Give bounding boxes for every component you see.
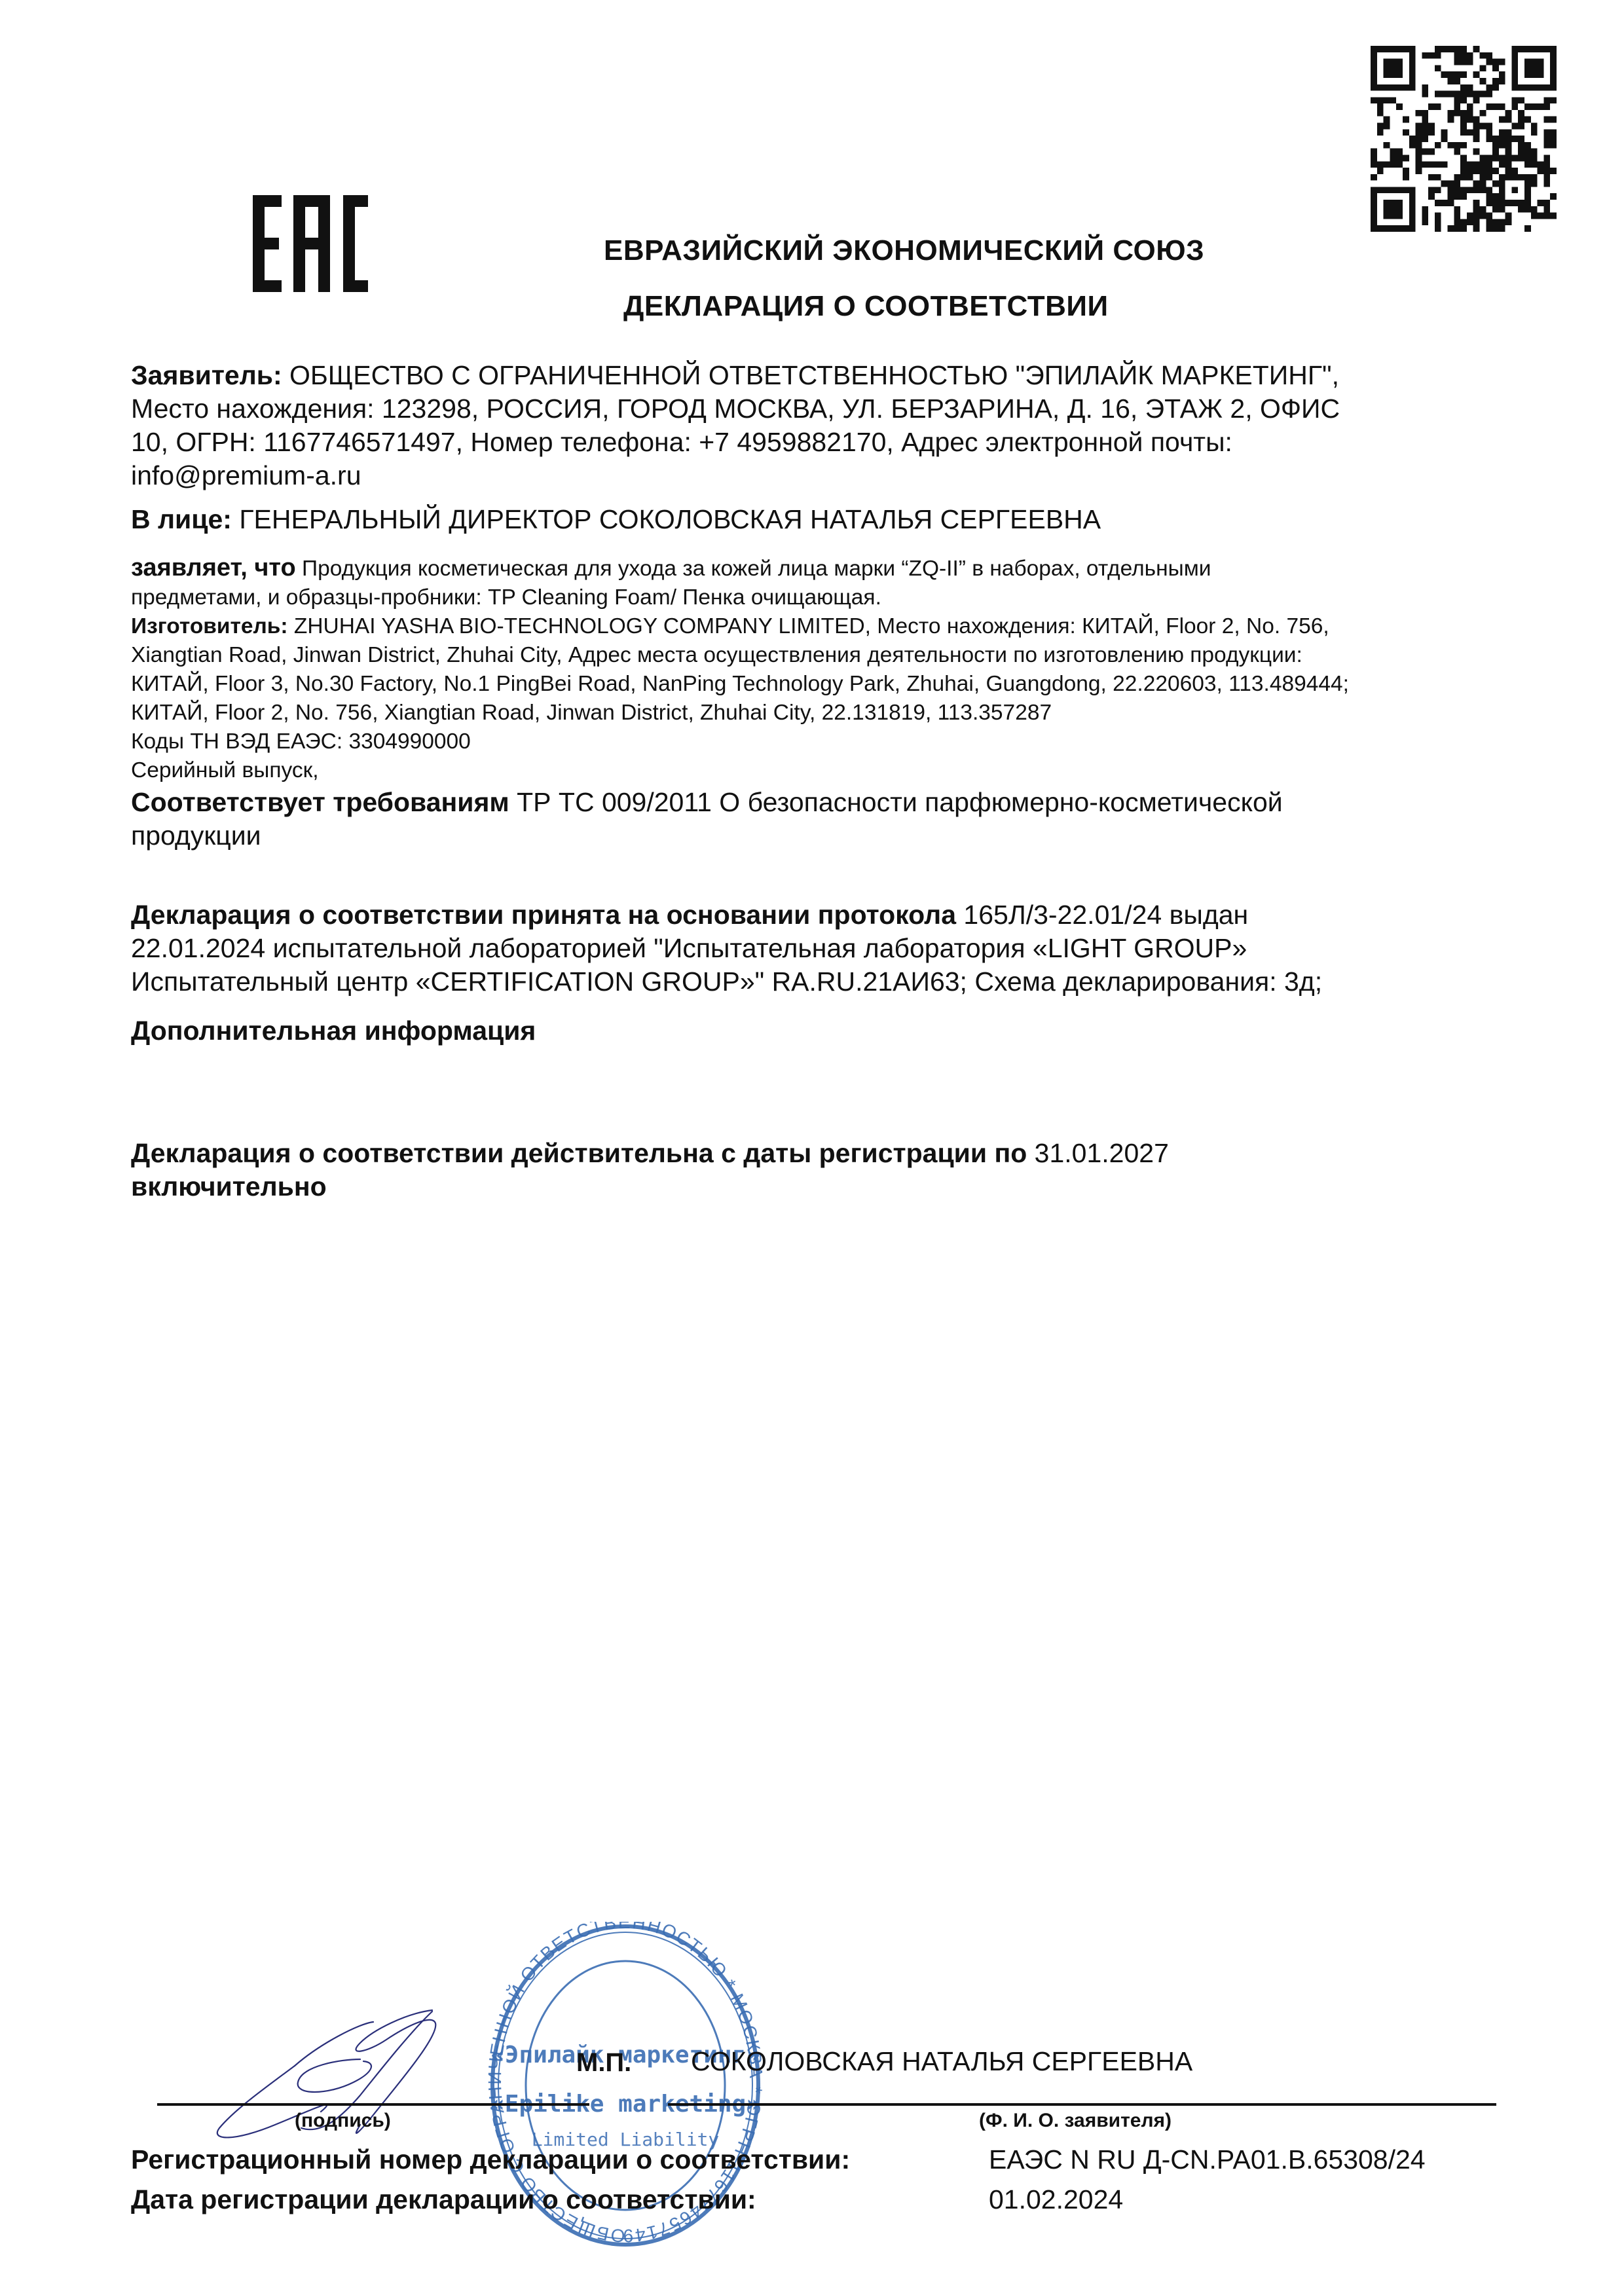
applicant-address: Место нахождения: 123298, РОССИЯ, ГОРОД … [131,392,1526,426]
manufacturer-line-4: КИТАЙ, Floor 2, No. 756, Xiangtian Road,… [131,699,1349,727]
validity-date: 31.01.2027 [1027,1138,1169,1168]
release-type: Серийный выпуск, [131,756,1349,785]
manufacturer-label: Изготовитель: [131,614,288,638]
validity-section: Декларация о соответствии действительна … [131,1137,1169,1203]
product-line-2: предметами, и образцы-пробники: TP Clean… [131,583,1349,612]
registration-date-label: Дата регистрации декларации о соответств… [131,2184,756,2215]
applicant-email: info@premium-a.ru [131,459,1526,492]
signer-name: СОКОЛОВСКАЯ НАТАЛЬЯ СЕРГЕЕВНА [691,2046,1192,2077]
applicant-section: Заявитель: ОБЩЕСТВО С ОГРАНИЧЕННОЙ ОТВЕТ… [131,359,1526,492]
applicant-label: Заявитель: [131,360,282,390]
registration-number-label: Регистрационный номер декларации о соотв… [131,2144,850,2175]
representative-value: ГЕНЕРАЛЬНЫЙ ДИРЕКТОР СОКОЛОВСКАЯ НАТАЛЬЯ… [232,504,1101,534]
basis-section: Декларация о соответствии принята на осн… [131,898,1322,999]
registration-date-value: 01.02.2024 [989,2184,1123,2215]
product-line-1: Продукция косметическая для ухода за кож… [296,557,1211,581]
name-line [668,2103,1496,2106]
conforms-section: Соответствует требованиям ТР ТС 009/2011… [131,786,1283,853]
basis-center: Испытательный центр «CERTIFICATION GROUP… [131,965,1322,999]
conforms-value: ТР ТС 009/2011 О безопасности парфюмерно… [509,787,1283,817]
basis-label: Декларация о соответствии принята на осн… [131,900,956,930]
representative-label: В лице: [131,504,232,534]
signature-line [157,2103,589,2106]
union-title: ЕВРАЗИЙСКИЙ ЭКОНОМИЧЕСКИЙ СОЮЗ [604,234,1204,267]
manufacturer-line-2: Xiangtian Road, Jinwan District, Zhuhai … [131,641,1349,670]
qr-code-icon[interactable] [1371,46,1557,232]
conforms-value-2: продукции [131,819,1283,853]
validity-inclusive: включительно [131,1170,1169,1203]
validity-label: Декларация о соответствии действительна … [131,1138,1027,1168]
hs-codes: Коды ТН ВЭД ЕАЭС: 3304990000 [131,727,1349,756]
manufacturer-line-1: ZHUHAI YASHA BIO-TECHNOLOGY COMPANY LIMI… [288,614,1329,638]
conforms-label: Соответствует требованиям [131,787,509,817]
protocol-number: 165Л/3-22.01/24 выдан [956,900,1248,930]
registration-number-value: ЕАЭС N RU Д-CN.РА01.В.65308/24 [989,2144,1426,2175]
name-caption: (Ф. И. О. заявителя) [979,2110,1172,2132]
manufacturer-line-3: КИТАЙ, Floor 3, No.30 Factory, No.1 Ping… [131,670,1349,699]
signature-caption: (подпись) [295,2110,391,2132]
additional-info-label: Дополнительная информация [131,1014,536,1048]
applicant-ogrn-phone: 10, ОГРН: 1167746571497, Номер телефона:… [131,426,1526,459]
stamp-place-mark: М.П. [576,2048,631,2078]
declares-label: заявляет, что [131,554,296,581]
basis-lab: 22.01.2024 испытательной лабораторией "И… [131,932,1322,965]
declaration-title: ДЕКЛАРАЦИЯ О СООТВЕТСТВИИ [623,290,1109,323]
representative-line: В лице: ГЕНЕРАЛЬНЫЙ ДИРЕКТОР СОКОЛОВСКАЯ… [131,503,1101,536]
declares-section: заявляет, что Продукция косметическая дл… [131,553,1349,785]
eac-logo-icon [253,195,368,292]
applicant-name: ОБЩЕСТВО С ОГРАНИЧЕННОЙ ОТВЕТСТВЕННОСТЬЮ… [282,360,1339,390]
